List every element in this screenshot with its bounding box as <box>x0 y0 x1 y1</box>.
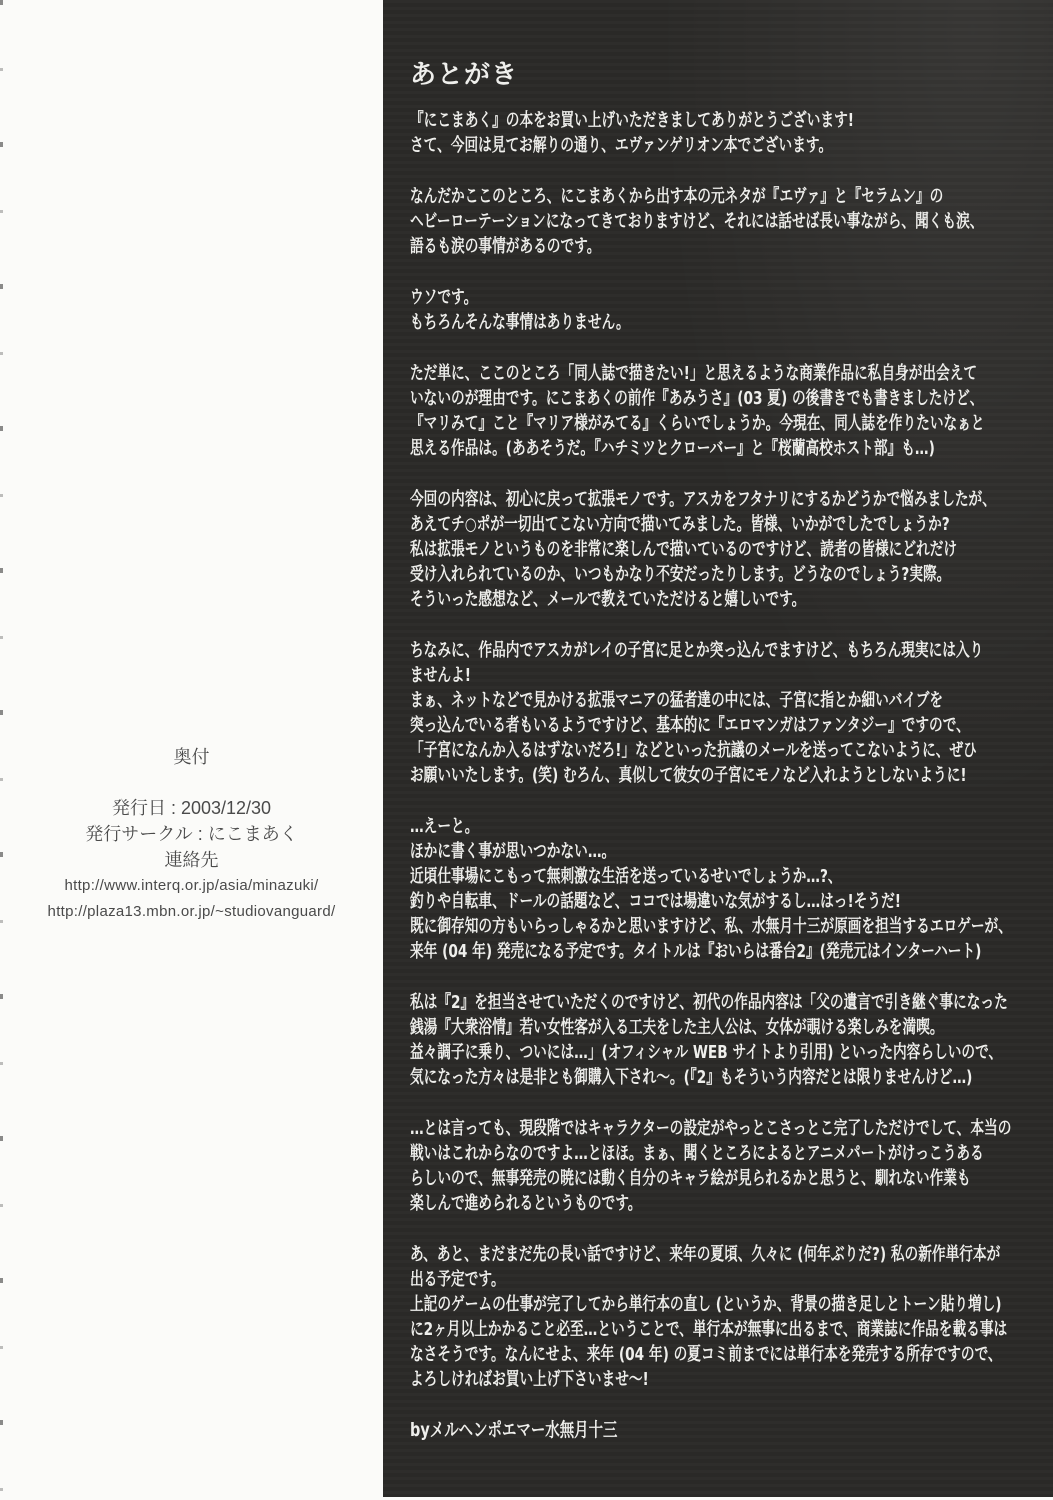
afterword-page: あとがき 『にこまあく』の本をお買い上げいただきましてありがとうございます!さて… <box>383 0 1053 1497</box>
afterword-line: そういった感想など、メールで教えていただけると嬉しいです。 <box>410 587 893 612</box>
afterword-paragraph: …とは言っても、現段階ではキャラクターの設定がやっとこさっとこ完了しただけでして… <box>410 1116 1045 1216</box>
afterword-line: さて、今回は見てお解りの通り、エヴァンゲリオン本でございます。 <box>410 133 893 158</box>
colophon-page: 奥付 発行日 : 2003/12/30発行サークル : にこまあく連絡先http… <box>0 0 383 1500</box>
afterword-line: らしいので、無事発売の暁には動く自分のキャラ絵が見られるかと思うと、馴れない作業… <box>410 1166 893 1191</box>
afterword-line: 受け入れられているのか、いつもかなり不安だったりします。どうなのでしょう?実際。 <box>410 562 893 587</box>
colophon: 奥付 発行日 : 2003/12/30発行サークル : にこまあく連絡先http… <box>0 745 383 925</box>
afterword-line: よろしければお買い上げ下さいませ〜! <box>410 1367 893 1392</box>
afterword-line: 気になった方々は是非とも御購入下され〜。(『2』もそういう内容だとは限りませんけ… <box>410 1065 893 1090</box>
afterword-line: 既に御存知の方もいらっしゃるかと思いますけど、私、水無月十三が原画を担当するエロ… <box>410 914 893 939</box>
afterword-line: に2ヶ月以上かかること必至…ということで、単行本が無事に出るまで、商業誌に作品を… <box>410 1317 893 1342</box>
scanned-page: 奥付 発行日 : 2003/12/30発行サークル : にこまあく連絡先http… <box>0 0 1053 1500</box>
afterword-line: 私は『2』を担当させていただくのですけど、初代の作品内容は「父の遺言で引き継ぐ事… <box>410 990 893 1015</box>
afterword-line: 楽しんで進められるというものです。 <box>410 1191 893 1216</box>
afterword-title: あとがき <box>410 58 1045 92</box>
afterword-line: 出る予定です。 <box>410 1267 893 1292</box>
afterword-line: 『にこまあく』の本をお買い上げいただきましてありがとうございます! <box>410 108 893 133</box>
colophon-line: http://plaza13.mbn.or.jp/~studiovanguard… <box>0 899 383 925</box>
colophon-line: 発行サークル : にこまあく <box>0 821 383 847</box>
afterword-paragraph: …えーと。ほかに書く事が思いつかない…。近頃仕事場にこもって無刺激な生活を送って… <box>410 814 1045 964</box>
afterword-paragraph: 今回の内容は、初心に戻って拡張モノです。アスカをフタナリにするかどうかで悩みまし… <box>410 487 1045 612</box>
afterword-line: 語るも涙の事情があるのです。 <box>410 234 893 259</box>
afterword-line: 思える作品は。(ああそうだ。『ハチミツとクローバー』と『桜蘭高校ホスト部』も…) <box>410 436 893 461</box>
afterword-line: まぁ、ネットなどで見かける拡張マニアの猛者達の中には、子宮に指とか細いバイブを <box>410 688 893 713</box>
afterword-line: もちろんそんな事情はありません。 <box>410 310 893 335</box>
afterword-line: ちなみに、作品内でアスカがレイの子宮に足とか突っ込んでますけど、もちろん現実には… <box>410 638 893 663</box>
afterword-line: 『マリみて』こと『マリア様がみてる』くらいでしょうか。今現在、同人誌を作りたいな… <box>410 411 893 436</box>
afterword-line: 近頃仕事場にこもって無刺激な生活を送っているせいでしょうか…?、 <box>410 864 893 889</box>
afterword-paragraph: 『にこまあく』の本をお買い上げいただきましてありがとうございます!さて、今回は見… <box>410 108 1045 158</box>
afterword-paragraph: 私は『2』を担当させていただくのですけど、初代の作品内容は「父の遺言で引き継ぐ事… <box>410 990 1045 1090</box>
afterword-line: ほかに書く事が思いつかない…。 <box>410 839 893 864</box>
afterword-line: …えーと。 <box>410 814 893 839</box>
afterword-line: 私は拡張モノというものを非常に楽しんで描いているのですけど、読者の皆様にどれだけ <box>410 537 893 562</box>
afterword-line: 来年 (04 年) 発売になる予定です。タイトルは『おいらは番台2』(発売元はイ… <box>410 939 893 964</box>
afterword-line: 釣りや自転車、ドールの話題など、ココでは場違いな気がするし…はっ!そうだ! <box>410 889 893 914</box>
afterword-line: 上記のゲームの仕事が完了してから単行本の直し (というか、背景の描き足しとトーン… <box>410 1292 893 1317</box>
afterword-line: 「子宮になんか入るはずないだろ!」などといった抗議のメールを送ってこないように、… <box>410 738 893 763</box>
afterword-line: ヘビーローテーションになってきておりますけど、それには話せば長い事ながら、聞くも… <box>410 209 893 234</box>
afterword-paragraph: なんだかここのところ、にこまあくから出す本の元ネタが『エヴァ』と『セラムン』のヘ… <box>410 184 1045 259</box>
afterword-body: 『にこまあく』の本をお買い上げいただきましてありがとうございます!さて、今回は見… <box>410 108 1045 1392</box>
afterword-paragraph: ただ単に、ここのところ「同人誌で描きたい!」と思えるような商業作品に私自身が出会… <box>410 361 1045 461</box>
afterword-paragraph: ウソです。もちろんそんな事情はありません。 <box>410 285 1045 335</box>
afterword-line: お願いいたします。(笑) むろん、真似して彼女の子宮にモノなど入れようとしないよ… <box>410 763 893 788</box>
afterword-paragraph: あ、あと、まだまだ先の長い話ですけど、来年の夏頃、久々に (何年ぶりだ?) 私の… <box>410 1242 1045 1392</box>
afterword-line: ウソです。 <box>410 285 893 310</box>
afterword-line: いないのが理由です。にこまあくの前作『あみうさ』(03 夏) の後書きでも書きま… <box>410 386 893 411</box>
afterword-line: あ、あと、まだまだ先の長い話ですけど、来年の夏頃、久々に (何年ぶりだ?) 私の… <box>410 1242 893 1267</box>
colophon-lines: 発行日 : 2003/12/30発行サークル : にこまあく連絡先http://… <box>0 795 383 925</box>
afterword-line: ただ単に、ここのところ「同人誌で描きたい!」と思えるような商業作品に私自身が出会… <box>410 361 893 386</box>
afterword-line: 今回の内容は、初心に戻って拡張モノです。アスカをフタナリにするかどうかで悩みまし… <box>410 487 893 512</box>
afterword-line: なんだかここのところ、にこまあくから出す本の元ネタが『エヴァ』と『セラムン』の <box>410 184 893 209</box>
afterword-line: なさそうです。なんにせよ、来年 (04 年) の夏コミ前までには単行本を発売する… <box>410 1342 893 1367</box>
afterword-line: 戦いはこれからなのですよ…とほほ。まぁ、聞くところによるとアニメパートがけっこう… <box>410 1141 893 1166</box>
afterword-line: …とは言っても、現段階ではキャラクターの設定がやっとこさっとこ完了しただけでして… <box>410 1116 893 1141</box>
colophon-line: http://www.interq.or.jp/asia/minazuki/ <box>0 873 383 899</box>
afterword-line: 突っ込んでいる者もいるようですけど、基本的に『エロマンガはファンタジー』ですので… <box>410 713 893 738</box>
afterword-byline: byメルヘンポエマー水無月十三 <box>410 1418 893 1443</box>
afterword-paragraph: ちなみに、作品内でアスカがレイの子宮に足とか突っ込んでますけど、もちろん現実には… <box>410 638 1045 788</box>
afterword-line: あえてチ○ポが一切出てこない方向で描いてみました。皆様、いかがでしたでしょうか? <box>410 512 893 537</box>
afterword-line: 銭湯『大衆浴情』若い女性客が入る工夫をした主人公は、女体が覗ける楽しみを満喫。 <box>410 1015 893 1040</box>
afterword-line: ませんよ! <box>410 663 893 688</box>
colophon-line: 連絡先 <box>0 847 383 873</box>
colophon-line: 発行日 : 2003/12/30 <box>0 795 383 821</box>
afterword-line: 益々調子に乗り、ついには…」(オフィシャル WEB サイトより引用) といった内… <box>410 1040 893 1065</box>
colophon-title: 奥付 <box>0 745 383 770</box>
